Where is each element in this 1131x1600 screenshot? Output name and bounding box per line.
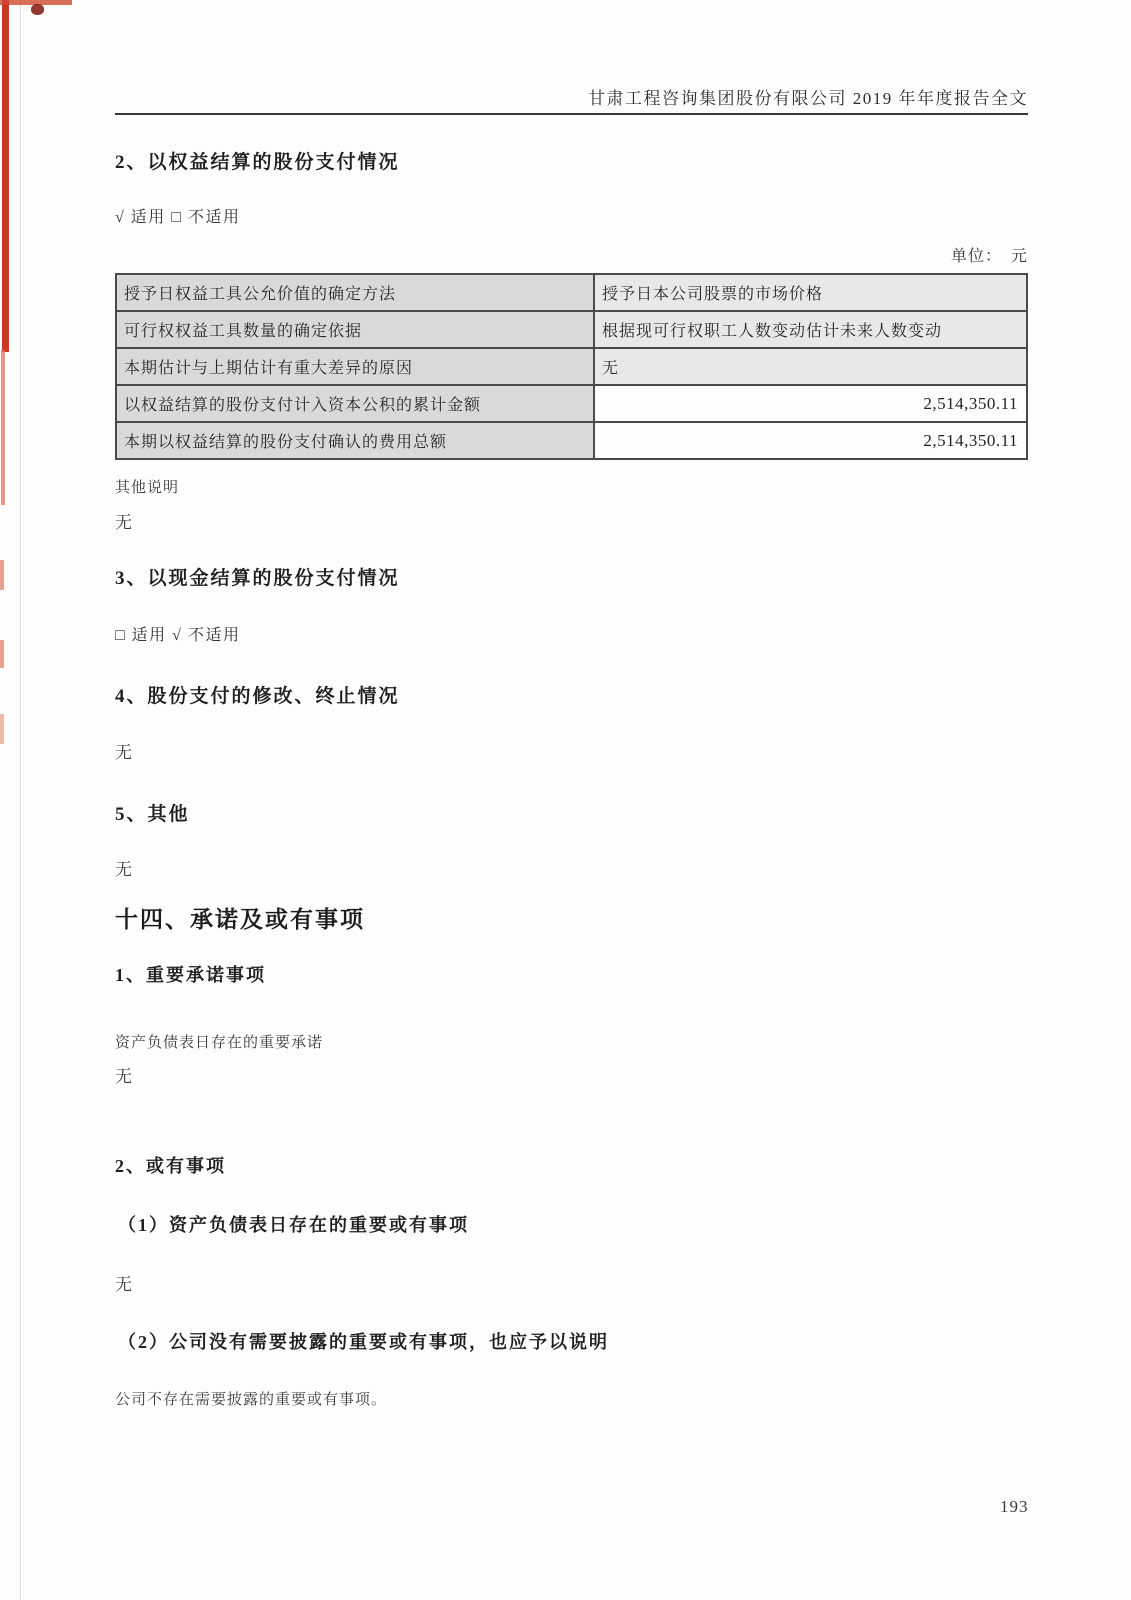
row-label-cell: 本期估计与上期估计有重大差异的原因 — [116, 348, 594, 385]
other-note-label: 其他说明 — [115, 476, 179, 497]
table-row: 可行权权益工具数量的确定依据 根据现可行权职工人数变动估计未来人数变动 — [116, 311, 1027, 348]
table-row: 本期以权益结算的股份支付确认的费用总额 2,514,350.11 — [116, 422, 1027, 459]
item-1-heading: （1）资产负债表日存在的重要或有事项 — [118, 1211, 469, 1237]
red-stripe-artifact — [2, 0, 9, 352]
section-2-applicability: √ 适用 □ 不适用 — [115, 204, 240, 227]
item-1-content: 无 — [115, 1270, 133, 1295]
section-3-applicability: □ 适用 √ 不适用 — [115, 622, 240, 645]
report-header-title: 甘肃工程咨询集团股份有限公司 2019 年年度报告全文 — [115, 84, 1028, 109]
section-4-content: 无 — [115, 738, 133, 763]
subsection-2-heading: 2、或有事项 — [115, 1152, 226, 1178]
row-label-cell: 授予日权益工具公允价值的确定方法 — [116, 274, 594, 311]
row-amount-cell: 2,514,350.11 — [594, 385, 1027, 422]
table-row: 以权益结算的股份支付计入资本公积的累计金额 2,514,350.11 — [116, 385, 1027, 422]
header-rule — [115, 113, 1028, 115]
row-label-cell: 本期以权益结算的股份支付确认的费用总额 — [116, 422, 594, 459]
row-label-cell: 以权益结算的股份支付计入资本公积的累计金额 — [116, 385, 594, 422]
subsection-1-heading: 1、重要承诺事项 — [115, 961, 266, 987]
page-number: 193 — [1000, 1497, 1040, 1517]
important-commitments-line: 资产负债表日存在的重要承诺 — [115, 1031, 323, 1052]
report-page: 甘肃工程咨询集团股份有限公司 2019 年年度报告全文 2、以权益结算的股份支付… — [0, 0, 1131, 1600]
red-stripe-artifact-fade — [1, 350, 5, 505]
red-stripe-fragment — [0, 560, 4, 590]
section-5-content: 无 — [115, 855, 133, 880]
section-14-heading: 十四、承诺及或有事项 — [115, 901, 365, 934]
unit-label: 单位： 元 — [115, 243, 1028, 266]
other-note-value: 无 — [115, 508, 133, 533]
share-payment-table: 授予日权益工具公允价值的确定方法 授予日本公司股票的市场价格 可行权权益工具数量… — [115, 273, 1028, 460]
important-commitments-value: 无 — [115, 1062, 133, 1087]
row-value-cell: 无 — [594, 348, 1027, 385]
red-stripe-fragment — [0, 714, 4, 744]
item-2-content: 公司不存在需要披露的重要或有事项。 — [115, 1388, 387, 1409]
page-edge-scan-line — [20, 0, 21, 1600]
section-4-heading: 4、股份支付的修改、终止情况 — [115, 681, 400, 708]
row-value-cell: 授予日本公司股票的市场价格 — [594, 274, 1027, 311]
table-row: 授予日权益工具公允价值的确定方法 授予日本公司股票的市场价格 — [116, 274, 1027, 311]
row-value-cell: 根据现可行权职工人数变动估计未来人数变动 — [594, 311, 1027, 348]
item-2-heading: （2）公司没有需要披露的重要或有事项，也应予以说明 — [118, 1328, 609, 1354]
section-5-heading: 5、其他 — [115, 799, 190, 826]
table-row: 本期估计与上期估计有重大差异的原因 无 — [116, 348, 1027, 385]
section-3-heading: 3、以现金结算的股份支付情况 — [115, 563, 400, 590]
row-amount-cell: 2,514,350.11 — [594, 422, 1027, 459]
red-stripe-fragment — [0, 640, 4, 668]
section-2-heading: 2、以权益结算的股份支付情况 — [115, 147, 400, 174]
row-label-cell: 可行权权益工具数量的确定依据 — [116, 311, 594, 348]
red-blob-artifact — [31, 4, 44, 15]
